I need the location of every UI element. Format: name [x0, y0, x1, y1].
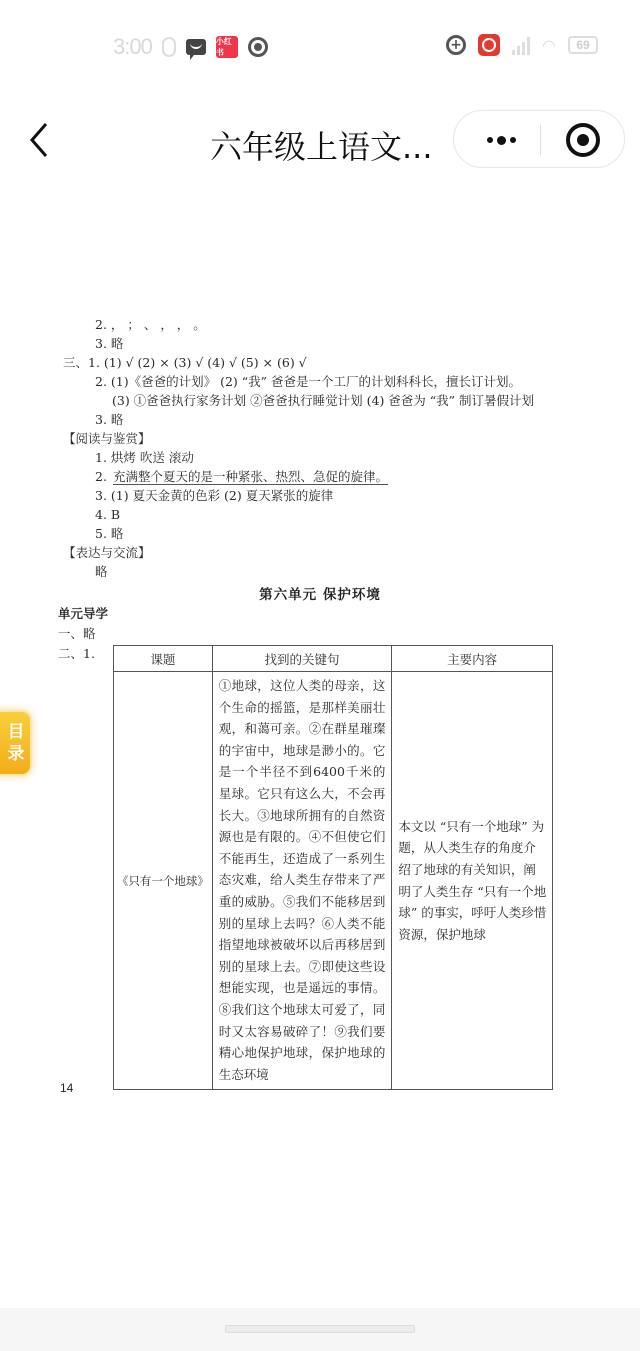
section-heading: 【阅读与鉴赏】: [63, 431, 151, 447]
answer-line: 一、略: [58, 626, 96, 642]
underlined-answer: 充满整个夏天的是一种紧张、热烈、急促的旋律。: [113, 469, 388, 485]
status-bar: 3:00 小红书 + ◠ 69: [0, 30, 640, 66]
page-title: 六年级上语文...: [210, 122, 433, 168]
app-notification-icon: 小红书: [216, 36, 238, 58]
more-button[interactable]: [472, 121, 530, 159]
add-circle-icon: +: [446, 35, 466, 55]
capsule-divider: [540, 125, 541, 155]
ghost-icon: [162, 37, 176, 57]
answer-line: 2. (1)《爸爸的计划》 (2) “我” 爸爸是一个工厂的计划科科长，擅长订计…: [95, 374, 521, 390]
clock: 3:00: [113, 34, 152, 60]
answer-table: 课题 找到的关键句 主要内容 《只有一个地球》 ①地球，这位人类的母亲，这个生命…: [113, 645, 553, 1090]
page-number: 14: [60, 1081, 73, 1095]
table-header: 找到的关键句: [212, 646, 392, 672]
bottom-bar: [0, 1308, 640, 1351]
chevron-left-icon: [24, 118, 54, 162]
home-indicator[interactable]: [225, 1325, 415, 1333]
answer-number: 2.: [95, 469, 107, 485]
answer-line: 3. 略: [95, 412, 123, 428]
toc-label: 录: [8, 743, 25, 765]
unit-title: 第六单元 保护环境: [0, 583, 640, 603]
answer-line: 3. (1) 夏天金黄的色彩 (2) 夏天紧张的旋律: [95, 488, 333, 504]
wifi-icon: ◠: [542, 36, 556, 55]
answer-line: 三、1. (1) √ (2) × (3) √ (4) √ (5) × (6) √: [63, 355, 307, 371]
section-title: 单元导学: [58, 606, 108, 622]
table-cell-key-sentences: ①地球，这位人类的母亲，这个生命的摇篮，是那样美丽壮观，和蔼可亲。②在群星璀璨的…: [212, 672, 392, 1090]
table-header: 主要内容: [392, 646, 553, 672]
answer-line: (3) ①爸爸执行家务计划 ②爸爸执行睡觉计划 (4) 爸爸为 “我” 制订暑假…: [112, 393, 534, 409]
back-button[interactable]: [24, 118, 54, 162]
answer-number: 二、1.: [58, 646, 95, 662]
signal-icon: [512, 35, 530, 55]
table-cell-main-content: 本文以 “只有一个地球” 为题，从人类生存的角度介绍了地球的有关知识，阐明了人类…: [392, 672, 553, 1090]
message-icon: [186, 39, 206, 55]
table-header: 课题: [114, 646, 213, 672]
record-icon: [248, 37, 268, 57]
battery-icon: 69: [568, 36, 598, 54]
answer-line: 1. 烘烤 吹送 滚动: [95, 450, 194, 466]
table-of-contents-button[interactable]: 目 录: [0, 710, 32, 776]
table-row: 《只有一个地球》 ①地球，这位人类的母亲，这个生命的摇篮，是那样美丽壮观，和蔼可…: [114, 672, 553, 1090]
close-button[interactable]: [566, 123, 600, 157]
mini-program-capsule: [453, 110, 625, 168]
table-cell-title: 《只有一个地球》: [114, 672, 213, 1090]
answer-line: 4. B: [95, 507, 120, 523]
answer-line: 略: [95, 564, 108, 580]
app-icon: [478, 34, 500, 56]
more-dots-icon: [487, 137, 493, 143]
answer-line: 3. 略: [95, 336, 123, 352]
toc-label: 目: [8, 721, 25, 743]
answer-line: 5. 略: [95, 526, 123, 542]
answer-line: 2. ， ； 、 ， ， 。: [95, 317, 206, 333]
section-heading: 【表达与交流】: [63, 545, 151, 561]
nav-bar: 六年级上语文...: [0, 100, 640, 180]
